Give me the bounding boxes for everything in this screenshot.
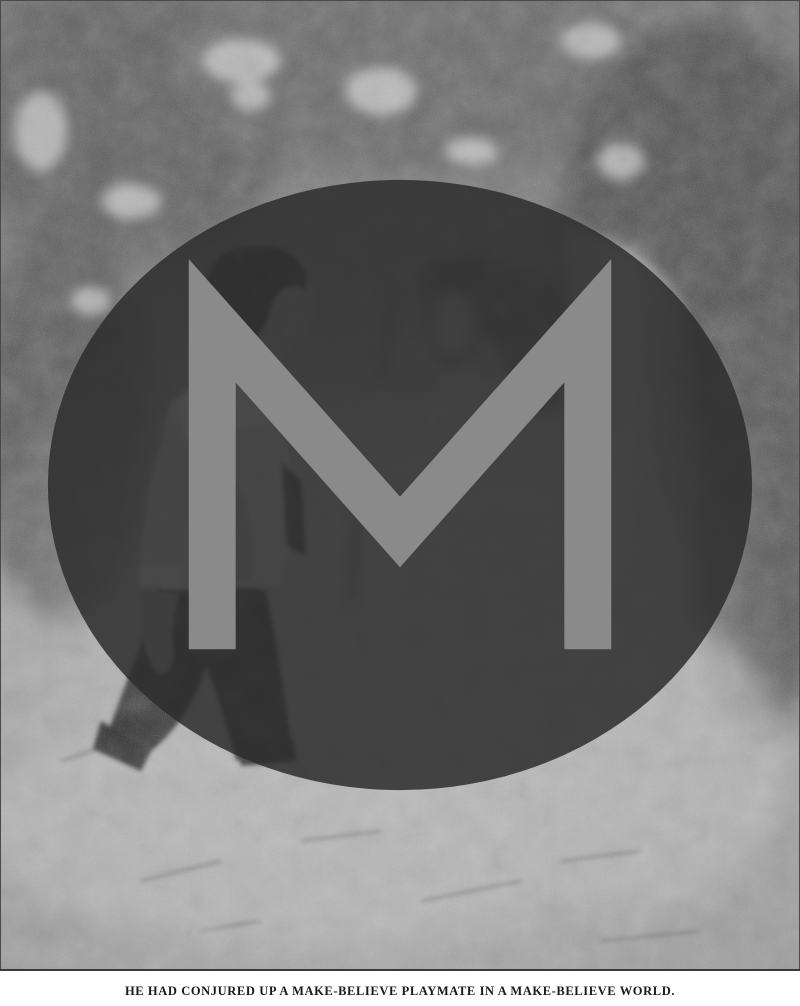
illustration-caption: HE HAD CONJURED UP A MAKE-BELIEVE PLAYMA… — [0, 984, 800, 998]
book-page: HE HAD CONJURED UP A MAKE-BELIEVE PLAYMA… — [0, 0, 800, 1006]
artist-monogram-icon — [1, 1, 799, 969]
illustration-plate — [0, 0, 800, 970]
plate-bottom-rule — [0, 969, 800, 971]
